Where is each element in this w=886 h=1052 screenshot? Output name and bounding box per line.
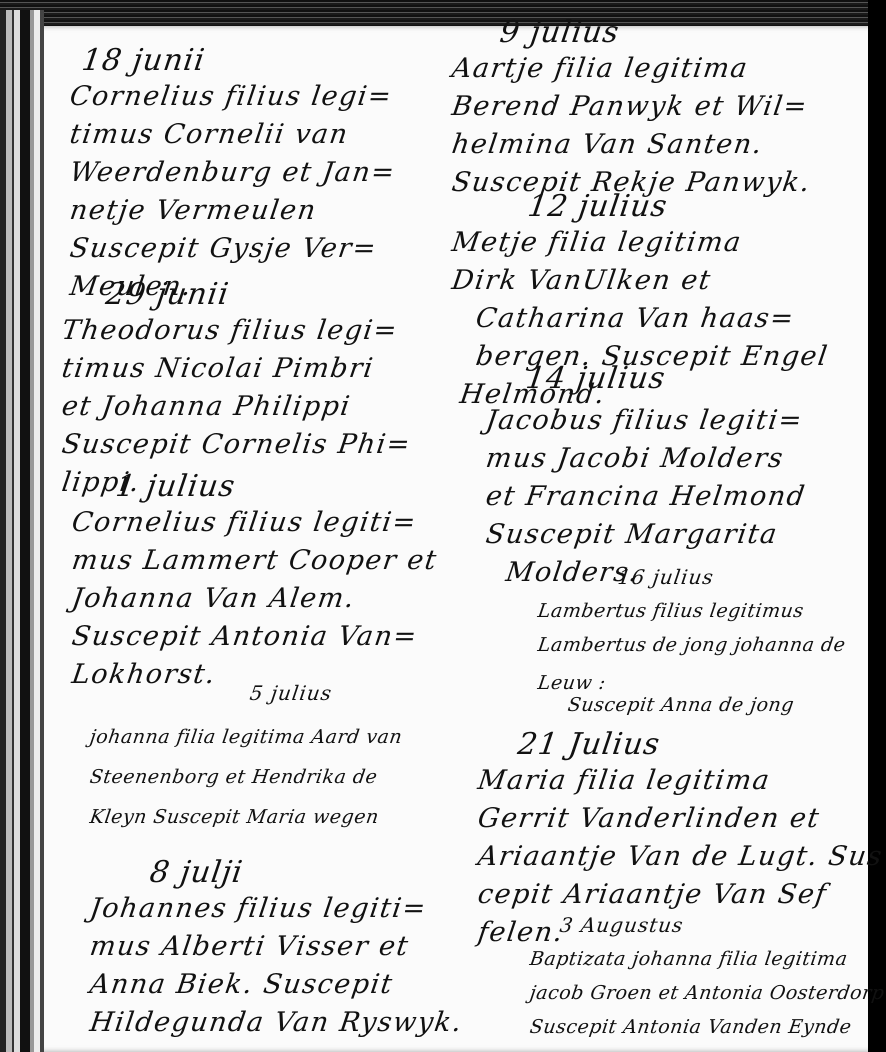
entry-date: 8 julji <box>148 856 465 890</box>
entry-date: 3 Augustus <box>558 908 886 942</box>
entry-line: Dirk VanUlken et <box>449 262 831 300</box>
entry-date: 29 junii <box>104 278 414 312</box>
entry-line: Suscepit Margarita <box>483 516 808 554</box>
entry-line: jacob Groen et Antonia Oosterdorp <box>528 976 886 1010</box>
entry-line: et Francina Helmond <box>483 478 808 516</box>
entry-line: helmina Van Santen. <box>449 126 813 164</box>
entry-14-julius: 14 julius Jacobus filius legiti= mus Jac… <box>486 362 806 592</box>
entry-1-julius: 1 julius Cornelius filius legiti= mus La… <box>72 470 437 694</box>
entry-date: 12 julius <box>526 190 831 224</box>
entry-line: Baptizata johanna filia legitima <box>528 942 886 976</box>
entry-line: Suscepit Antonia Vanden Eynde <box>528 1010 886 1044</box>
entry-line: mus Jacobi Molders <box>483 440 808 478</box>
entry-date: 5 julius <box>248 676 405 710</box>
entry-date: 1 julius <box>114 470 440 504</box>
entry-date: 16 julius <box>616 560 848 594</box>
entry-line: Aartje filia legitima <box>449 50 813 88</box>
entry-line: mus Lammert Cooper et <box>69 542 440 580</box>
entry-line: johanna filia legitima Aard van <box>88 720 405 754</box>
entry-line: timus Nicolai Pimbri <box>59 350 413 388</box>
entry-line: Berend Panwyk et Wil= <box>449 88 813 126</box>
entry-date: 9 julius <box>498 16 813 50</box>
entry-line: Ariaantje Van de Lugt. Sus <box>475 838 885 876</box>
entry-line: Suscepit Cornelis Phi= <box>59 426 413 464</box>
entry-line: et Johanna Philippi <box>59 388 413 426</box>
entry-3-augustus: 3 Augustus Baptizata johanna filia legit… <box>530 908 884 1044</box>
entry-line: Anna Biek. Suscepit <box>87 966 465 1004</box>
entry-line: Catharina Van haas= <box>473 300 831 338</box>
entry-line: Hildegunda Van Ryswyk. <box>87 1004 465 1042</box>
entry-5-julius: 5 julius johanna filia legitima Aard van… <box>90 676 402 834</box>
entry-date: 14 julius <box>524 362 808 396</box>
entry-line: Johannes filius legiti= <box>87 890 465 928</box>
entry-18-junii: 18 junii Cornelius filius legi= timus Co… <box>70 44 395 306</box>
entry-8-julji: 8 julji Johannes filius legiti= mus Albe… <box>90 856 462 1042</box>
entry-line: Jacobus filius legiti= <box>483 402 808 440</box>
entry-date: 18 junii <box>80 44 398 78</box>
entry-line: Johanna Van Alem. <box>69 580 440 618</box>
entry-line: Lambertus filius legitimus <box>536 594 848 628</box>
entry-line: netje Vermeulen <box>67 192 398 230</box>
entry-line: Suscepit Gysje Ver= <box>67 230 398 268</box>
entry-line: Lambertus de jong johanna de <box>536 628 848 662</box>
entry-line: Cornelius filius legiti= <box>69 504 440 542</box>
entry-line: Cornelius filius legi= <box>67 78 398 116</box>
entry-line: Metje filia legitima <box>449 224 831 262</box>
entry-line: Gerrit Vanderlinden et <box>475 800 885 838</box>
entry-line: Weerdenburg et Jan= <box>67 154 398 192</box>
entry-line: mus Alberti Visser et <box>87 928 465 966</box>
entry-line: Maria filia legitima <box>475 762 885 800</box>
entry-date: 21 Julius <box>516 728 885 762</box>
entry-16-julius: 16 julius Lambertus filius legitimus Lam… <box>538 560 845 722</box>
book-binding <box>0 10 44 1052</box>
entry-9-julius: 9 julius Aartje filia legitima Berend Pa… <box>452 16 811 202</box>
entry-line: Suscepit Antonia Van= <box>69 618 440 656</box>
entry-line: timus Cornelii van <box>67 116 398 154</box>
entry-line: Theodorus filius legi= <box>59 312 413 350</box>
entry-line: Steenenborg et Hendrika de <box>88 760 405 794</box>
entry-line: Kleyn Suscepit Maria wegen <box>88 800 405 834</box>
entry-line: Suscepit Anna de jong <box>566 688 848 722</box>
